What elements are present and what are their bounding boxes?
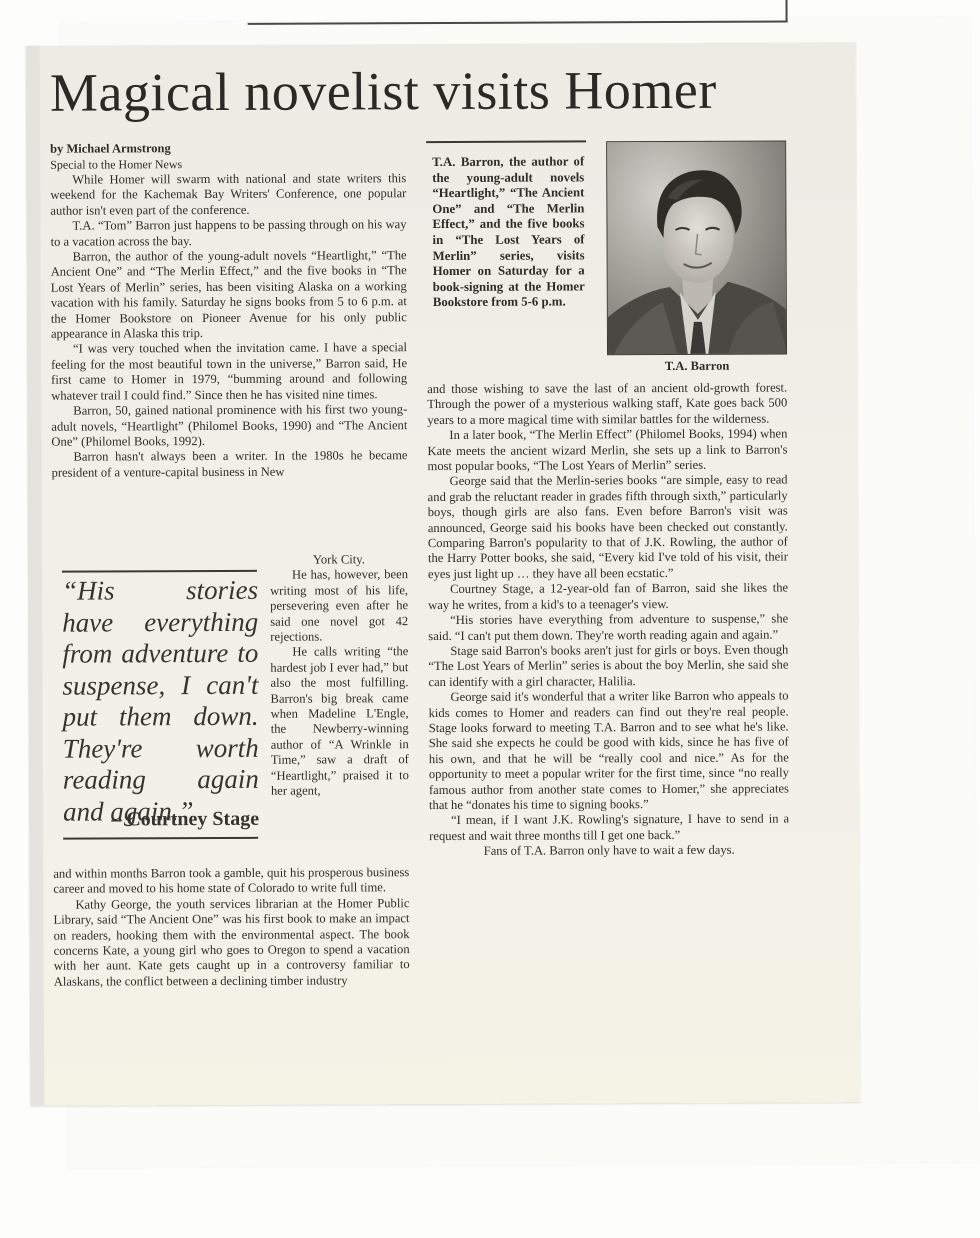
- sidebar-rule: [426, 140, 586, 143]
- paragraph: “I mean, if I want J.K. Rowling's signat…: [429, 812, 789, 844]
- photo-caption: T.A. Barron: [607, 358, 787, 374]
- pullquote-attribution: – Courtney Stage: [63, 806, 259, 833]
- byline-affiliation: Special to the Homer News: [50, 157, 182, 173]
- top-border-rule-corner: [785, 0, 787, 22]
- pullquote-top-rule: [62, 570, 257, 573]
- paragraph: George said that the Merlin-series books…: [428, 473, 788, 582]
- pullquote-line: put them down.: [63, 701, 259, 733]
- article: Magical novelist visits Homer by Michael…: [0, 0, 980, 1238]
- byline: by Michael Armstrong: [50, 141, 171, 157]
- paragraph: and those wishing to save the last of an…: [427, 380, 787, 428]
- pullquote-line: “His stories: [62, 575, 258, 607]
- pullquote-line: They're worth: [63, 732, 259, 764]
- column-1-top: While Homer will swarm with national and…: [50, 171, 407, 481]
- pullquote-line: suspense, I can't: [62, 669, 258, 701]
- paragraph: He has, however, been writing most of hi…: [270, 568, 408, 646]
- column-1-narrow: York City. He has, however, been writing…: [270, 552, 409, 799]
- column-1-bottom: and within months Barron took a gamble, …: [53, 865, 410, 990]
- author-portrait-photo: [606, 140, 787, 355]
- paragraph: York City.: [270, 552, 408, 568]
- paragraph: In a later book, “The Merlin Effect” (Ph…: [427, 427, 787, 475]
- paragraph: Barron, 50, gained national prominence w…: [51, 402, 407, 450]
- paragraph: Fans of T.A. Barron only have to wait a …: [429, 843, 789, 860]
- paragraph: Stage said Barron's books aren't just fo…: [428, 642, 788, 690]
- headline: Magical novelist visits Homer: [50, 54, 790, 127]
- paragraph: George said it's wonderful that a writer…: [429, 689, 790, 814]
- paragraph: “I was very touched when the invitation …: [51, 341, 407, 404]
- top-border-rule: [248, 20, 788, 24]
- pullquote-line: reading again: [63, 764, 259, 796]
- paragraph: While Homer will swarm with national and…: [50, 171, 406, 219]
- pullquote-line: have everything: [62, 606, 258, 638]
- sidebar-blurb: T.A. Barron, the author of the young-adu…: [432, 154, 585, 311]
- pullquote-bottom-rule: [63, 837, 258, 840]
- paragraph: and within months Barron took a gamble, …: [53, 865, 409, 897]
- pullquote-line: from adventure to: [62, 638, 258, 670]
- paragraph: Barron hasn't always been a writer. In t…: [51, 448, 407, 480]
- portrait-icon: [607, 141, 787, 355]
- paragraph: “His stories have everything from advent…: [428, 612, 788, 644]
- column-2: and those wishing to save the last of an…: [427, 380, 789, 859]
- pullquote: “His stories have everything from advent…: [62, 575, 259, 828]
- paragraph: Kathy George, the youth services librari…: [53, 896, 409, 990]
- paragraph: T.A. “Tom” Barron just happens to be pas…: [50, 217, 406, 249]
- paragraph: Courtney Stage, a 12-year-old fan of Bar…: [428, 581, 788, 613]
- paragraph: He calls writing “the hardest job I ever…: [270, 645, 409, 800]
- paragraph: Barron, the author of the young-adult no…: [51, 248, 407, 342]
